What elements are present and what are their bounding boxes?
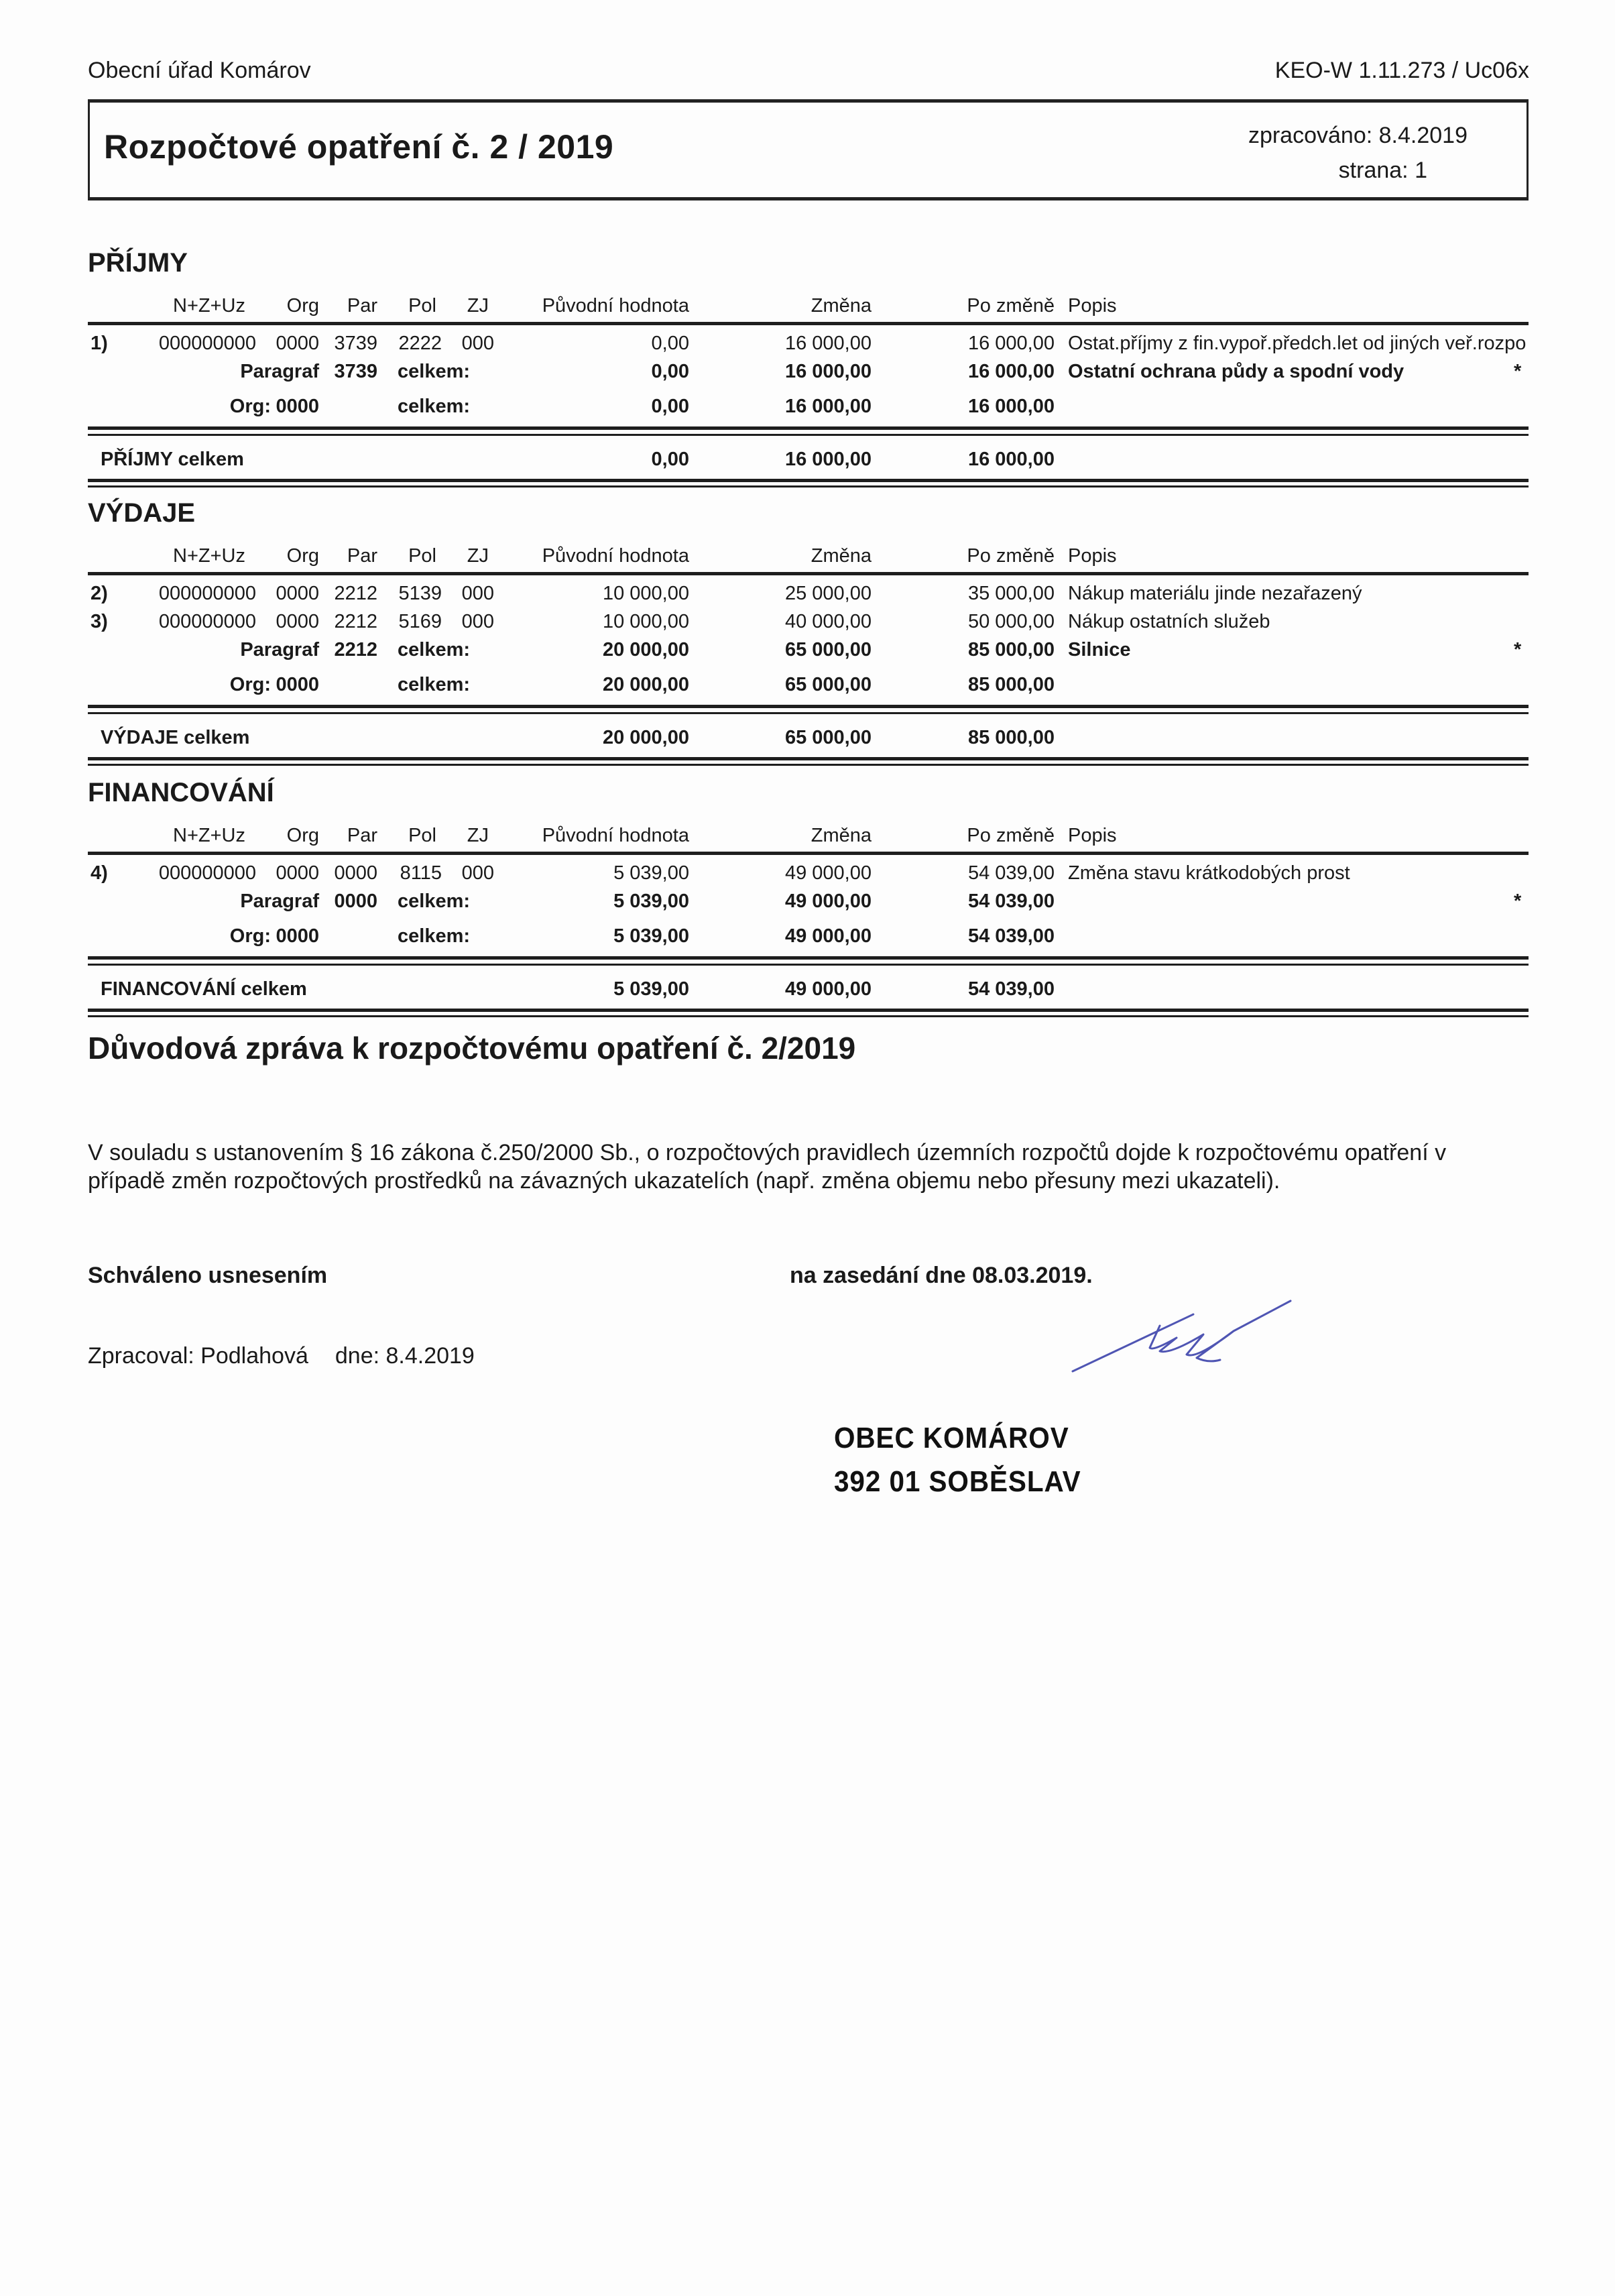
section-title: PŘÍJMY	[88, 248, 188, 278]
signature-icon	[1059, 1291, 1301, 1385]
cell-change: 49 000,00	[785, 862, 872, 884]
section-total-label: FINANCOVÁNÍ celkem	[101, 978, 307, 1000]
col-header-description: Popis	[1068, 825, 1117, 847]
page-number: 1	[1415, 153, 1427, 188]
cell-after: 54 039,00	[968, 862, 1055, 884]
software-version: KEO-W 1.11.273 / Uc06x	[1275, 58, 1529, 84]
document-title: Rozpočtové opatření č. 2 / 2019	[104, 127, 613, 166]
org-total-label: Org:	[230, 674, 271, 696]
col-header-change: Změna	[811, 825, 872, 847]
double-rule-bottom	[88, 964, 1529, 966]
paragraph-total-mark: *	[1514, 891, 1521, 913]
section-end-rule-top	[88, 479, 1529, 482]
paragraph-total-change: 16 000,00	[785, 361, 872, 383]
cell-pol: 5169	[398, 611, 442, 633]
double-rule-bottom	[88, 434, 1529, 436]
section-total-after: 85 000,00	[968, 727, 1055, 749]
processed-date: 8.4.2019	[1379, 118, 1468, 153]
organization-name: Obecní úřad Komárov	[88, 58, 311, 84]
cell-pol: 2222	[398, 333, 442, 355]
header-rule	[88, 322, 1529, 325]
col-header-par: Par	[347, 295, 377, 317]
cell-change: 16 000,00	[785, 333, 872, 355]
org-total-original: 20 000,00	[603, 674, 689, 696]
col-header-pol: Pol	[408, 295, 436, 317]
org-total-original: 5 039,00	[613, 925, 689, 948]
prepared-by: Zpracoval: Podlahovádne: 8.4.2019	[88, 1343, 475, 1369]
col-header-nzuz: N+Z+Uz	[173, 825, 245, 847]
org-total-suffix: celkem:	[398, 925, 470, 948]
stamp-line-1: OBEC KOMÁROV	[834, 1422, 1069, 1455]
paragraph-total-suffix: celkem:	[398, 361, 470, 383]
col-header-original: Původní hodnota	[542, 295, 689, 317]
col-header-zj: ZJ	[467, 545, 489, 567]
paragraph-total-after: 85 000,00	[968, 639, 1055, 661]
paragraph-total-change: 49 000,00	[785, 891, 872, 913]
paragraph-total-suffix: celkem:	[398, 891, 470, 913]
section-total-after: 54 039,00	[968, 978, 1055, 1000]
section-total-change: 65 000,00	[785, 727, 872, 749]
paragraph-total-description: Ostatní ochrana půdy a spodní vody	[1068, 361, 1404, 383]
section-end-rule-bottom	[88, 1015, 1529, 1017]
cell-zj: 000	[462, 333, 494, 355]
section-total-change: 49 000,00	[785, 978, 872, 1000]
col-header-after: Po změně	[967, 825, 1055, 847]
cell-par: 2212	[334, 611, 377, 633]
org-total-suffix: celkem:	[398, 396, 470, 418]
cell-zj: 000	[462, 583, 494, 605]
col-header-org: Org	[287, 295, 319, 317]
paragraph-total-original: 5 039,00	[613, 891, 689, 913]
paragraph-total-change: 65 000,00	[785, 639, 872, 661]
org-total-code: 0000	[276, 674, 319, 696]
section-total-original: 5 039,00	[613, 978, 689, 1000]
paragraph-total-original: 20 000,00	[603, 639, 689, 661]
org-total-change: 65 000,00	[785, 674, 872, 696]
processed-label: zpracováno:	[1248, 118, 1372, 153]
col-header-after: Po změně	[967, 295, 1055, 317]
section-total-original: 0,00	[652, 449, 689, 471]
cell-original: 0,00	[652, 333, 689, 355]
org-total-original: 0,00	[652, 396, 689, 418]
col-header-zj: ZJ	[467, 825, 489, 847]
header-rule	[88, 852, 1529, 855]
paragraph-total-original: 0,00	[652, 361, 689, 383]
col-header-pol: Pol	[408, 825, 436, 847]
cell-org: 0000	[276, 583, 319, 605]
paragraph-total-mark: *	[1514, 361, 1521, 383]
col-header-org: Org	[287, 545, 319, 567]
cell-zj: 000	[462, 862, 494, 884]
double-rule-top	[88, 956, 1529, 960]
paragraph-total-description: Silnice	[1068, 639, 1131, 661]
row-number: 2)	[91, 583, 108, 605]
paragraph-total-label: Paragraf	[240, 639, 319, 661]
org-total-code: 0000	[276, 396, 319, 418]
double-rule-top	[88, 705, 1529, 708]
org-total-after: 54 039,00	[968, 925, 1055, 948]
double-rule-bottom	[88, 712, 1529, 714]
cell-nzuz: 000000000	[159, 333, 256, 355]
cell-change: 25 000,00	[785, 583, 872, 605]
org-total-after: 85 000,00	[968, 674, 1055, 696]
org-total-change: 16 000,00	[785, 396, 872, 418]
cell-org: 0000	[276, 611, 319, 633]
cell-after: 50 000,00	[968, 611, 1055, 633]
section-title: VÝDAJE	[88, 498, 195, 528]
cell-description: Ostat.příjmy z fin.vypoř.předch.let od j…	[1068, 333, 1526, 355]
cell-org: 0000	[276, 862, 319, 884]
double-rule-top	[88, 426, 1529, 430]
section-end-rule-top	[88, 757, 1529, 760]
section-total-change: 16 000,00	[785, 449, 872, 471]
cell-nzuz: 000000000	[159, 862, 256, 884]
section-title: FINANCOVÁNÍ	[88, 778, 274, 808]
paragraph-total-after: 54 039,00	[968, 891, 1055, 913]
col-header-change: Změna	[811, 545, 872, 567]
cell-after: 35 000,00	[968, 583, 1055, 605]
col-header-description: Popis	[1068, 295, 1117, 317]
row-number: 4)	[91, 862, 108, 884]
col-header-par: Par	[347, 825, 377, 847]
col-header-nzuz: N+Z+Uz	[173, 545, 245, 567]
cell-par: 3739	[334, 333, 377, 355]
paragraph-total-after: 16 000,00	[968, 361, 1055, 383]
col-header-pol: Pol	[408, 545, 436, 567]
org-total-label: Org:	[230, 396, 271, 418]
paragraph-total-label: Paragraf	[240, 361, 319, 383]
stamp-line-2: 392 01 SOBĚSLAV	[834, 1465, 1081, 1499]
document-meta: zpracováno: 8.4.2019 strana: 1	[1248, 118, 1468, 188]
cell-pol: 5139	[398, 583, 442, 605]
page-label: strana:	[1339, 153, 1409, 188]
section-end-rule-bottom	[88, 485, 1529, 487]
paragraph-total-code: 0000	[334, 891, 377, 913]
prepared-date: dne: 8.4.2019	[335, 1343, 475, 1369]
col-header-nzuz: N+Z+Uz	[173, 295, 245, 317]
cell-par: 0000	[334, 862, 377, 884]
paragraph-total-code: 2212	[334, 639, 377, 661]
cell-zj: 000	[462, 611, 494, 633]
row-number: 3)	[91, 611, 108, 633]
col-header-org: Org	[287, 825, 319, 847]
org-total-code: 0000	[276, 925, 319, 948]
col-header-change: Změna	[811, 295, 872, 317]
cell-description: Nákup ostatních služeb	[1068, 611, 1270, 633]
report-paragraph: V souladu s ustanovením § 16 zákona č.25…	[88, 1139, 1522, 1195]
section-total-original: 20 000,00	[603, 727, 689, 749]
col-header-after: Po změně	[967, 545, 1055, 567]
paragraph-total-label: Paragraf	[240, 891, 319, 913]
section-end-rule-top	[88, 1009, 1529, 1012]
meeting-date: na zasedání dne 08.03.2019.	[790, 1263, 1093, 1289]
approved-label: Schváleno usnesením	[88, 1263, 327, 1289]
cell-description: Změna stavu krátkodobých prost	[1068, 862, 1350, 884]
cell-original: 5 039,00	[613, 862, 689, 884]
paragraph-total-code: 3739	[334, 361, 377, 383]
org-total-suffix: celkem:	[398, 674, 470, 696]
prepared-by-name: Zpracoval: Podlahová	[88, 1343, 308, 1369]
col-header-zj: ZJ	[467, 295, 489, 317]
col-header-original: Původní hodnota	[542, 825, 689, 847]
cell-pol: 8115	[400, 862, 442, 884]
section-total-label: VÝDAJE celkem	[101, 727, 249, 749]
row-number: 1)	[91, 333, 108, 355]
section-total-label: PŘÍJMY celkem	[101, 449, 244, 471]
section-total-after: 16 000,00	[968, 449, 1055, 471]
cell-org: 0000	[276, 333, 319, 355]
cell-nzuz: 000000000	[159, 611, 256, 633]
cell-change: 40 000,00	[785, 611, 872, 633]
org-total-label: Org:	[230, 925, 271, 948]
cell-nzuz: 000000000	[159, 583, 256, 605]
col-header-original: Původní hodnota	[542, 545, 689, 567]
cell-description: Nákup materiálu jinde nezařazený	[1068, 583, 1362, 605]
paragraph-total-mark: *	[1514, 639, 1521, 661]
col-header-description: Popis	[1068, 545, 1117, 567]
org-total-change: 49 000,00	[785, 925, 872, 948]
cell-original: 10 000,00	[603, 611, 689, 633]
header-rule	[88, 572, 1529, 575]
section-end-rule-bottom	[88, 764, 1529, 766]
paragraph-total-suffix: celkem:	[398, 639, 470, 661]
cell-after: 16 000,00	[968, 333, 1055, 355]
col-header-par: Par	[347, 545, 377, 567]
org-total-after: 16 000,00	[968, 396, 1055, 418]
cell-par: 2212	[334, 583, 377, 605]
report-title: Důvodová zpráva k rozpočtovému opatření …	[88, 1030, 855, 1066]
cell-original: 10 000,00	[603, 583, 689, 605]
